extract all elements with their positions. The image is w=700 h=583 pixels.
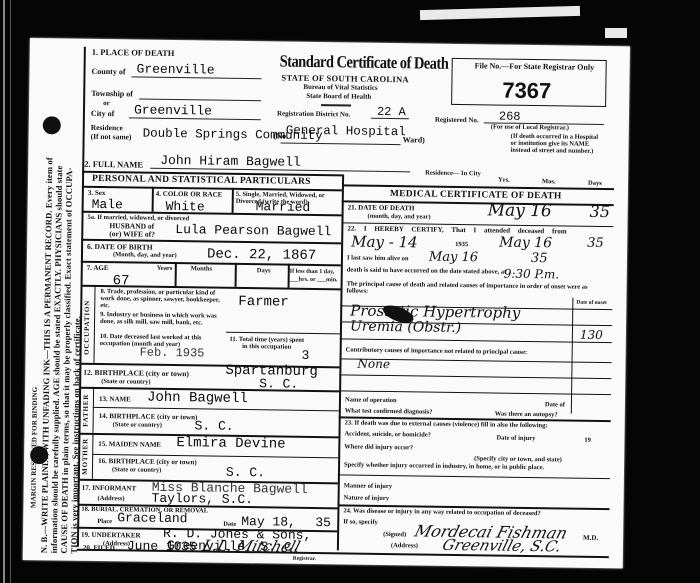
city-label: City of	[91, 109, 114, 118]
filed-value: June 10	[127, 538, 182, 554]
death-year-value: 35	[590, 202, 611, 221]
hospital-note: (If death occurred in a Hospital or inst…	[510, 133, 600, 155]
date-onset-label: Date of onset	[576, 300, 607, 306]
personal-heading: PERSONAL AND STATISTICAL PARTICULARS	[92, 174, 311, 187]
operation-label: Name of operation	[345, 396, 397, 404]
township-label: Township of	[91, 89, 133, 99]
informant-address-label: (Address)	[98, 495, 125, 502]
birthplace-sub-label: (State or country)	[101, 378, 150, 386]
wife-label: (or) WIFE of?	[109, 229, 155, 239]
father-birthplace-sub: (State or country)	[113, 421, 162, 429]
certificate-title: Standard Certificate of Death	[280, 51, 449, 73]
file-number-label: File No.—For State Registrar Only	[475, 61, 595, 72]
residence-label: Residence	[91, 123, 123, 132]
mother-birthplace-sub: (State or country)	[112, 466, 161, 474]
scan-frame-edge	[3, 0, 5, 583]
dob-value: Dec. 22, 1867	[207, 246, 316, 264]
underline	[281, 143, 401, 146]
father-name-value: John Bagwell	[147, 390, 248, 407]
underline	[129, 117, 261, 120]
injury-year-label: 19	[584, 437, 591, 444]
age-years-label: Years	[157, 265, 173, 272]
spouse-value: Lula Pearson Bagwell	[175, 222, 331, 239]
last-saw-value: May 16	[429, 250, 478, 266]
or-label: or	[103, 99, 110, 107]
place-of-death-heading: 1. PLACE OF DEATH	[92, 47, 175, 58]
cause-duration-value: 130	[580, 328, 603, 342]
board-label: State Board of Health	[306, 92, 371, 101]
contributory-label: Contributory causes of importance not re…	[346, 346, 528, 356]
file-number-box: File No.—For State Registrar Only 7367	[451, 58, 607, 107]
paper-scrap	[420, 6, 580, 20]
mother-name-label: 15. MAIDEN NAME	[98, 440, 161, 449]
mother-birthplace-label: 16. BIRTHPLACE (city or town)	[98, 457, 197, 466]
file-number: 7367	[502, 78, 551, 105]
signed-label: (Signed)	[383, 531, 406, 538]
section-divider	[92, 433, 94, 479]
county-value: Greenville	[136, 61, 214, 77]
burial-year-value: 35	[315, 515, 331, 530]
mother-birthplace-value: S. C.	[226, 465, 265, 481]
sex-label: 3. Sex	[88, 189, 106, 197]
county-label: County of	[91, 67, 125, 76]
test-label: What test confirmed diagnosis?	[345, 407, 433, 415]
date-of-death-sub: (month, day, and year)	[367, 213, 430, 221]
nature-label: Nature of injury	[344, 494, 389, 502]
birthplace-label: 12. BIRTHPLACE (city or town)	[83, 368, 189, 378]
row-line	[93, 407, 339, 411]
manner-label: Manner of injury	[344, 482, 392, 490]
injury-date-label: Date of injury	[496, 435, 535, 443]
trade-value: Farmer	[238, 294, 289, 311]
cell-divider	[235, 263, 237, 287]
less-than-day-label: If less than 1 day, ___hrs. or ___min.	[290, 268, 340, 285]
contributory-value: None	[357, 357, 390, 371]
row-line	[226, 332, 340, 335]
age-months-label: Months	[191, 265, 212, 272]
age-label: 7. AGE	[87, 264, 109, 272]
cause-intro-label: The principal cause of death and related…	[346, 280, 608, 298]
scan-frame-edge	[10, 0, 11, 583]
residence-days-label: Days	[588, 180, 602, 187]
certificate-form: 1. PLACE OF DEATH County of Greenville T…	[75, 43, 622, 555]
underline	[371, 118, 409, 120]
physician-address-label: (Address)	[391, 542, 418, 549]
section-divider	[92, 387, 94, 433]
date-of-death-value: May 16	[487, 200, 551, 221]
filed-year-value: 35	[181, 539, 197, 554]
md-label: M.D.	[583, 534, 598, 542]
specify-injury-label: Specify whether injury occurred in indus…	[344, 461, 544, 471]
total-time-value: 3	[301, 348, 309, 363]
where-injury-label: Where did injury occur?	[344, 443, 413, 451]
informant-label: 17. INFORMANT	[82, 484, 137, 493]
row-line	[338, 474, 610, 479]
attended-from-value: May - 14	[351, 233, 418, 252]
registered-no-label: Registered No.	[435, 116, 479, 125]
divider	[321, 104, 351, 106]
physician-address-value: Greenville, S.C.	[440, 536, 563, 556]
operation-date-label: Date of	[545, 401, 565, 408]
registration-district-label: Registration District No.	[277, 109, 350, 118]
last-saw-year: 35	[531, 251, 548, 266]
where-injury-sub: (Specify city or town, and state)	[474, 455, 562, 463]
cell-divider	[152, 187, 154, 212]
mother-section-label: MOTHER	[81, 438, 90, 475]
hospital-value: General Hospital	[286, 124, 406, 140]
dob-label: 6. DATE OF BIRTH	[87, 242, 153, 252]
father-section-label: FATHER	[82, 394, 90, 427]
full-name-label: 2. FULL NAME	[84, 159, 143, 170]
margin-instructions: MARGIN RESERVED FOR BINDING N. B.—WRITE …	[27, 38, 82, 559]
father-birthplace-label: 14. BIRTHPLACE (city or town)	[99, 412, 198, 421]
total-time-label: 11. Total time (years) spent in this occ…	[228, 336, 306, 351]
residence-city-label: Residence— In City	[425, 170, 481, 178]
attended-to-year: 35	[587, 236, 604, 251]
paper-scrap	[605, 28, 627, 38]
date-of-death-label: 21. DATE OF DEATH	[348, 203, 415, 212]
external-causes-label: 23. If death was due to external causes …	[345, 419, 548, 429]
registered-no-note: (For use of Local Registrar.)	[491, 123, 569, 131]
dob-sub-label: (Month, day, and year)	[113, 251, 177, 259]
underline	[139, 99, 261, 102]
registrar-signature: L.L. Mitchell	[200, 536, 302, 555]
father-birthplace-value: S. C.	[194, 418, 233, 434]
burial-place-value: Graceland	[117, 510, 187, 526]
last-saw-label: I last saw him alive on	[347, 254, 409, 262]
residence-mos-label: Mos.	[542, 178, 556, 185]
if-so-label: If so, specify	[343, 518, 378, 525]
underline	[131, 76, 261, 79]
age-years-value: 67	[113, 273, 130, 289]
residence-sub-label: (If not same)	[91, 132, 132, 142]
death-certificate: MARGIN RESERVED FOR BINDING N. B.—WRITE …	[23, 38, 630, 568]
burial-place-label: Place	[97, 518, 112, 525]
punch-hole	[43, 116, 61, 134]
column-divider	[337, 174, 344, 550]
cell-divider	[232, 188, 234, 213]
filed-label: 20. FILED	[83, 544, 115, 552]
last-worked-value: Feb. 1935	[140, 346, 205, 361]
section-divider	[93, 285, 95, 365]
registrar-label: Registrar.	[293, 556, 316, 562]
bureau-label: Bureau of Vital Statistics	[303, 83, 377, 92]
occupation-related-label: 24. Was disease or injury in any way rel…	[343, 507, 540, 517]
cell-divider	[175, 262, 177, 286]
attended-from-year: 1935	[455, 241, 468, 248]
autopsy-label: Was there an autopsy?	[495, 411, 558, 419]
trade-label: 8. Trade, profession, or particular kind…	[100, 288, 220, 311]
cause-2-value: Uremia (Obstr.)	[350, 318, 461, 336]
accident-label: Accident, suicide, or homicide?	[344, 430, 430, 438]
residence-yrs-label: Yrs.	[498, 177, 510, 184]
ward-label: Ward)	[403, 135, 425, 144]
death-time-value: 9:30 P.m.	[504, 267, 560, 282]
occupation-section-label: OCCUPATION	[83, 300, 92, 355]
race-label: 4. COLOR OR RACE	[156, 190, 223, 199]
age-days-label: Days	[257, 267, 271, 274]
father-name-label: 13. NAME	[99, 395, 131, 403]
attended-to-value: May 16	[499, 235, 552, 252]
city-value: Greenville	[134, 102, 212, 118]
mother-name-value: Elmira Devine	[176, 435, 285, 453]
industry-label: 9. Industry or business in which work wa…	[100, 311, 220, 327]
onset-column-divider	[571, 298, 574, 414]
medical-heading: MEDICAL CERTIFICATE OF DEATH	[390, 189, 562, 201]
